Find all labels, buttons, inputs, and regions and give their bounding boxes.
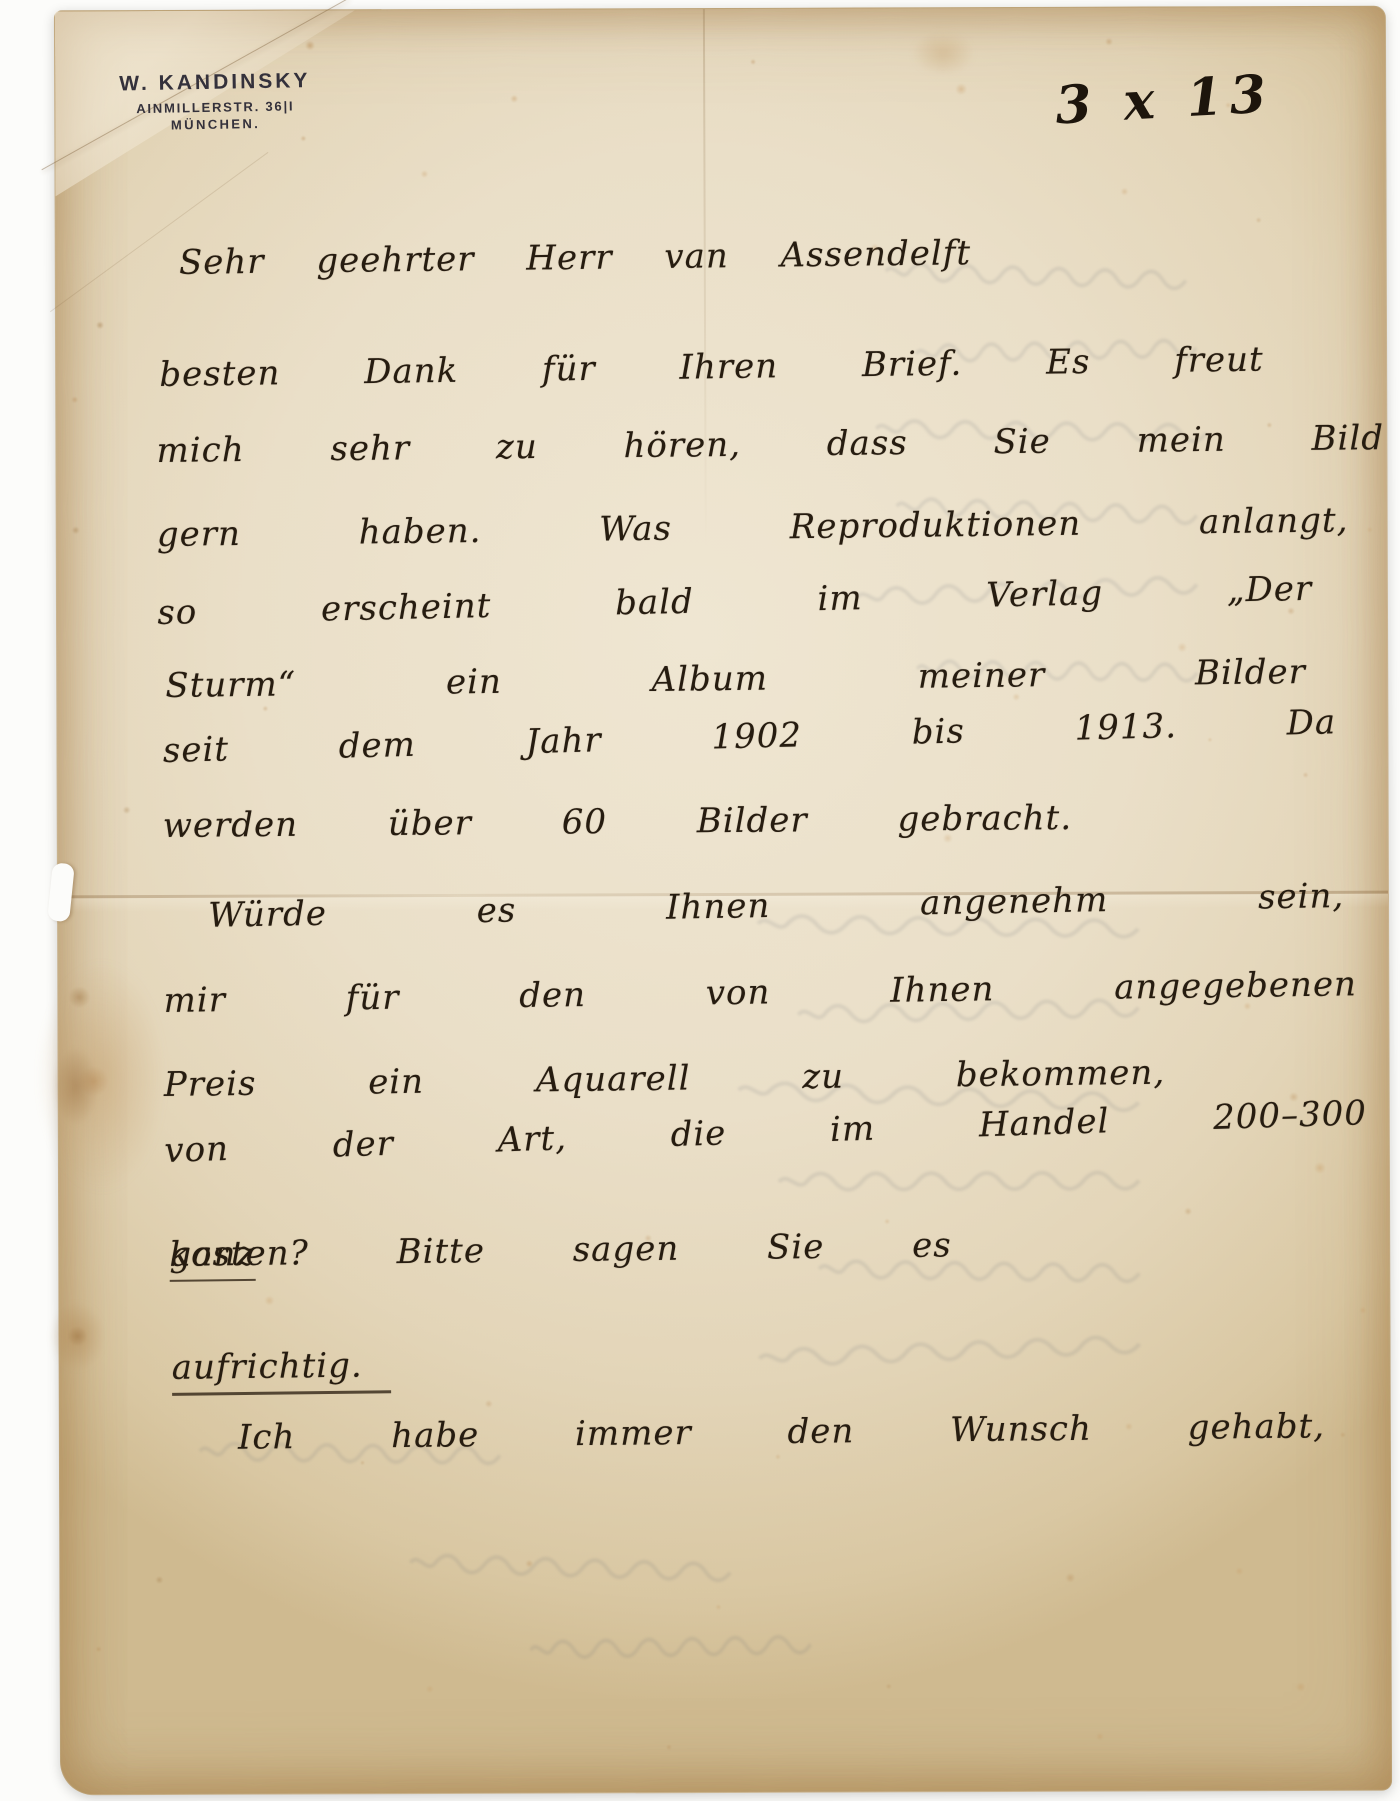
stain xyxy=(53,1046,99,1126)
underlined-word: aufrichtig. xyxy=(172,1345,392,1396)
letterhead-name: W. KANDINSKY xyxy=(113,69,317,97)
foxing-spot xyxy=(955,83,967,95)
foxing-spot xyxy=(1359,1307,1366,1314)
foxing-spot xyxy=(305,40,315,50)
foxing-spot xyxy=(96,1646,102,1652)
foxing-spot xyxy=(264,1296,274,1306)
foxing-spot xyxy=(886,1683,892,1689)
foxing-spot xyxy=(775,1454,781,1460)
foxing-spot xyxy=(1121,188,1129,196)
letter-sheet: W. KANDINSKY AINMILLERSTR. 36|I MÜNCHEN.… xyxy=(54,6,1392,1796)
verso-bleedthrough-squiggle xyxy=(530,1631,810,1663)
line-text: Sehr geehrter Herr van Assendelft xyxy=(179,233,972,283)
foxing-spot xyxy=(1314,1162,1326,1174)
foxing-spot xyxy=(262,706,268,712)
foxing-spot xyxy=(750,59,756,65)
verso-bleedthrough-squiggle xyxy=(410,1550,731,1586)
foxing-spot xyxy=(72,526,80,534)
foxing-spot xyxy=(1303,772,1309,778)
letterhead: W. KANDINSKY AINMILLERSTR. 36|I MÜNCHEN. xyxy=(113,69,318,134)
foxing-spot xyxy=(1256,217,1262,223)
foxing-spot xyxy=(155,1576,163,1584)
photo-background: { "letterhead": { "name": "W. KANDINSKY"… xyxy=(0,0,1400,1801)
foxing-spot xyxy=(1096,1733,1104,1741)
foxing-spot xyxy=(123,806,131,814)
stain xyxy=(911,30,975,76)
letterhead-street: AINMILLERSTR. 36|I xyxy=(113,98,317,117)
foxing-spot xyxy=(1235,1567,1243,1575)
foxing-spot xyxy=(1177,642,1187,652)
foxing-spot xyxy=(485,1400,493,1408)
line-text: werden über 60 Bilder gebracht. xyxy=(163,798,1073,846)
underlined-word: ganz xyxy=(169,1234,255,1282)
foxing-spot xyxy=(1367,527,1373,533)
line-text: gern haben. Was Reproduktionen anlangt, xyxy=(157,500,1349,555)
foxing-spot xyxy=(1105,38,1113,46)
left-edge-tear xyxy=(47,862,75,922)
line-text: seit dem Jahr 1902 bis 1913. Da xyxy=(162,702,1336,771)
foxing-spot xyxy=(1065,1573,1075,1583)
line-text: so erscheint bald im Verlag „Der xyxy=(157,569,1313,633)
letterhead-city: MÜNCHEN. xyxy=(113,115,317,134)
foxing-spot xyxy=(1340,1432,1346,1438)
line-text: Ich habe immer den Wunsch gehabt, xyxy=(238,1406,1325,1457)
foxing-spot xyxy=(715,1604,721,1610)
foxing-spot xyxy=(96,321,104,329)
foxing-spot xyxy=(71,396,78,403)
verso-bleedthrough-squiggle xyxy=(779,1168,1139,1195)
foxing-spot xyxy=(420,170,428,178)
verso-bleedthrough-squiggle xyxy=(759,1331,1140,1372)
line-text: besten Dank für Ihren Brief. Es freut xyxy=(159,340,1264,395)
stain xyxy=(49,1301,105,1371)
line-text: mich sehr zu hören, dass Sie mein Bild xyxy=(156,418,1384,471)
line-text: Sturm“ ein Album meiner Bilder xyxy=(165,652,1306,706)
foxing-spot xyxy=(1184,1207,1192,1215)
line-text: mir für den von Ihnen angegebenen xyxy=(163,964,1357,1021)
vertical-crease xyxy=(703,9,707,549)
date-annotation: 3 x 13 xyxy=(1054,63,1275,136)
foxing-spot xyxy=(884,1218,890,1224)
foxing-spot xyxy=(426,1685,434,1693)
foxing-spot xyxy=(300,135,306,141)
foxing-spot xyxy=(666,1744,672,1750)
foxing-spot xyxy=(510,95,518,103)
foxing-spot xyxy=(1296,1682,1306,1692)
